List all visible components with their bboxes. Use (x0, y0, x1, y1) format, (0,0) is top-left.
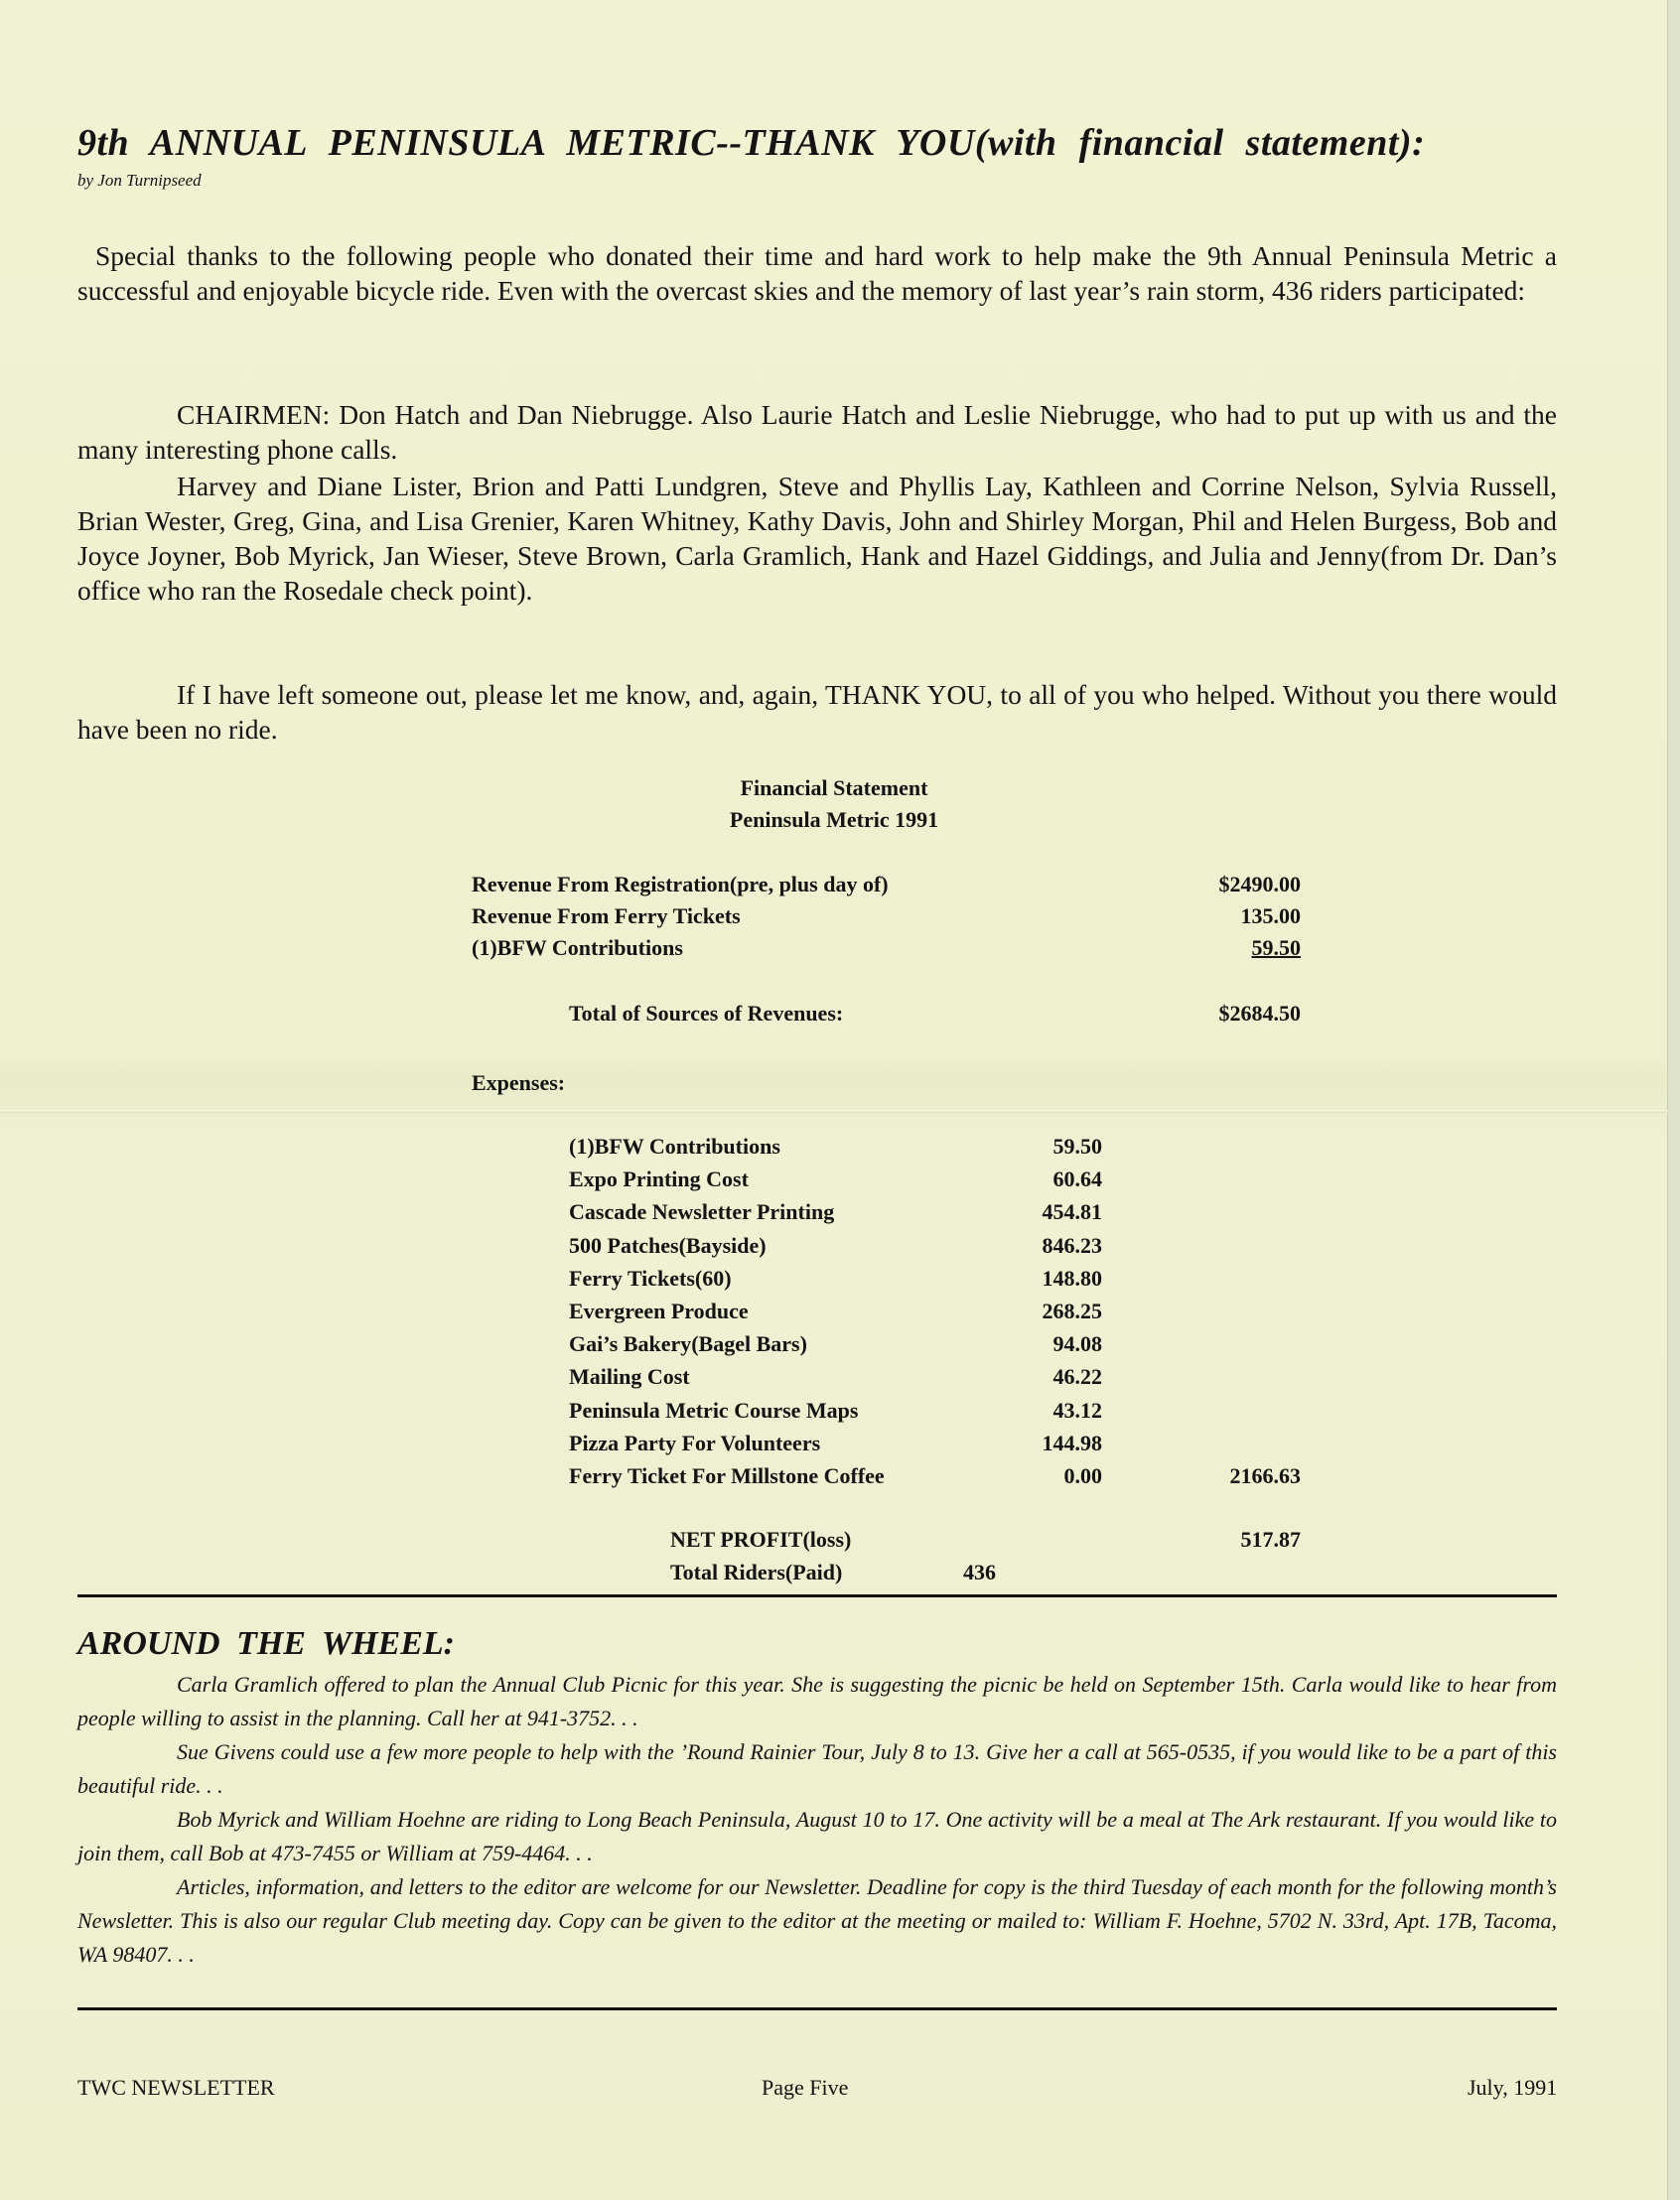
expense-label: Peninsula Metric Course Maps (569, 1398, 858, 1424)
expense-amount: 43.12 (953, 1398, 1102, 1424)
total-revenue-amount: $2684.50 (1092, 1001, 1301, 1027)
revenue-label: Revenue From Registration(pre, plus day … (472, 872, 889, 897)
expenses-label: Expenses: (472, 1070, 565, 1096)
chairmen-paragraph: CHAIRMEN: Don Hatch and Dan Niebrugge. A… (77, 397, 1557, 467)
expense-label: Ferry Ticket For Millstone Coffee (569, 1463, 885, 1489)
footer-divider (77, 2007, 1557, 2010)
wheel-item-newsletter-submissions: Articles, information, and letters to th… (77, 1870, 1557, 1972)
wheel-item-rainier-tour: Sue Givens could use a few more people t… (77, 1735, 1557, 1803)
wheel-item-long-beach: Bob Myrick and William Hoehne are riding… (77, 1803, 1557, 1870)
article-title: 9th ANNUAL PENINSULA METRIC--THANK YOU(w… (77, 121, 1425, 165)
footer-page-number: Page Five (762, 2075, 848, 2101)
expense-amount: 846.23 (953, 1233, 1102, 1259)
expense-label: Cascade Newsletter Printing (569, 1199, 834, 1225)
expense-amount: 46.22 (953, 1364, 1102, 1390)
expense-label: Expo Printing Cost (569, 1167, 749, 1192)
total-revenue-label: Total of Sources of Revenues: (569, 1001, 843, 1027)
financial-title-line2: Peninsula Metric 1991 (596, 804, 1072, 836)
expense-amount: 0.00 (953, 1463, 1102, 1489)
financial-statement-title: Financial Statement Peninsula Metric 199… (596, 772, 1072, 836)
net-profit-label: NET PROFIT(loss) (670, 1527, 851, 1553)
expense-label: 500 Patches(Bayside) (569, 1233, 767, 1259)
expense-amount: 60.64 (953, 1167, 1102, 1192)
expense-label: Mailing Cost (569, 1364, 690, 1390)
expense-label: Pizza Party For Volunteers (569, 1431, 820, 1456)
revenue-amount: 135.00 (1092, 903, 1301, 929)
expense-amount: 268.25 (953, 1299, 1102, 1324)
net-profit-amount: 517.87 (1092, 1527, 1301, 1553)
footer-publication: TWC NEWSLETTER (77, 2075, 275, 2101)
expense-amount: 144.98 (953, 1431, 1102, 1456)
revenue-amount: $2490.00 (1092, 872, 1301, 897)
wheel-item-picnic: Carla Gramlich offered to plan the Annua… (77, 1668, 1557, 1735)
expense-label: Evergreen Produce (569, 1299, 749, 1324)
around-the-wheel-title: AROUND THE WHEEL: (77, 1625, 455, 1663)
expense-label: Gai’s Bakery(Bagel Bars) (569, 1331, 807, 1357)
page-edge (1667, 0, 1680, 2200)
closing-paragraph: If I have left someone out, please let m… (77, 677, 1557, 747)
expense-amount: 59.50 (953, 1134, 1102, 1160)
section-divider (77, 1594, 1557, 1597)
expense-amount: 148.80 (953, 1266, 1102, 1292)
article-byline: by Jon Turnipseed (77, 171, 202, 191)
intro-paragraph: Special thanks to the following people w… (77, 238, 1557, 308)
expense-label: (1)BFW Contributions (569, 1134, 780, 1160)
footer-date: July, 1991 (1468, 2075, 1557, 2101)
expense-amount: 94.08 (953, 1331, 1102, 1357)
around-the-wheel-body: Carla Gramlich offered to plan the Annua… (77, 1668, 1557, 1972)
financial-title-line1: Financial Statement (596, 772, 1072, 804)
volunteers-paragraph: Harvey and Diane Lister, Brion and Patti… (77, 469, 1557, 608)
paper-fold-crease (0, 1110, 1668, 1113)
total-riders-label: Total Riders(Paid) (670, 1560, 842, 1585)
revenue-label: (1)BFW Contributions (472, 935, 683, 961)
total-expenses-amount: 2166.63 (1092, 1463, 1301, 1489)
revenue-amount: 59.50 (1092, 935, 1301, 961)
revenue-label: Revenue From Ferry Tickets (472, 903, 741, 929)
expense-amount: 454.81 (953, 1199, 1102, 1225)
expense-label: Ferry Tickets(60) (569, 1266, 732, 1292)
total-riders-value: 436 (963, 1560, 996, 1585)
